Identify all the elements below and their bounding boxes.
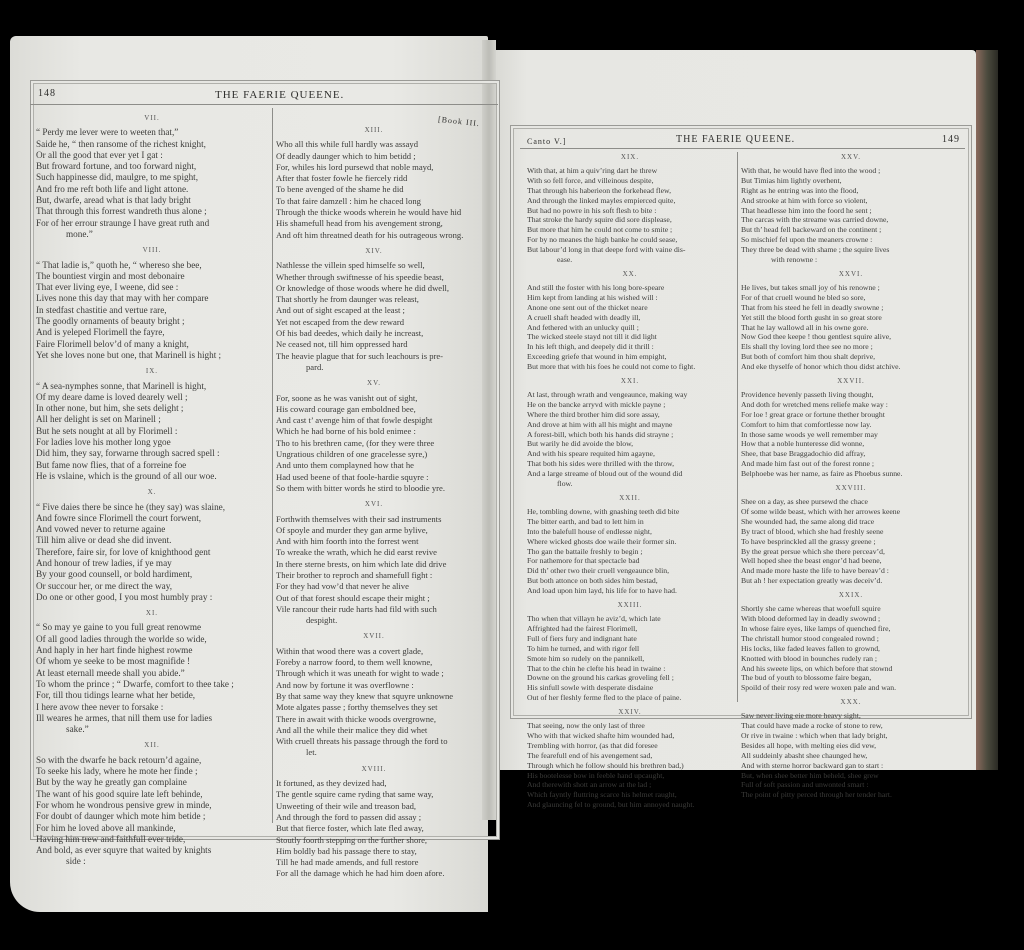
verse-line: Where wicked ghosts doe waile their form… <box>527 537 733 547</box>
verse-line: Affrighted had the fairest Florimell, <box>527 624 733 634</box>
verse-line: To whom the prince ; “ Dwarfe, comfort t… <box>36 679 268 690</box>
verse-line: And load upon him layd, his life for to … <box>527 586 733 596</box>
verse-line: And made more haste the life to have ber… <box>741 566 961 576</box>
stanza: XXIII.Tho when that villayn he aviz’d, w… <box>527 601 733 703</box>
verse-line: Till he had made amends, and full restor… <box>276 857 472 868</box>
verse-line: “ That ladie is,” quoth he, “ whereso sh… <box>36 260 268 271</box>
stanza-number: IX. <box>36 366 268 377</box>
verse-line: Or knowledge of those woods where he did… <box>276 283 472 294</box>
verse-line: The point of pitty perced through her te… <box>741 790 961 800</box>
stanza-number: VII. <box>36 113 268 124</box>
verse-line: Unweeting of their wile and treason bad, <box>276 801 472 812</box>
verse-line: That stroke the hardy squire did sore di… <box>527 215 733 225</box>
verse-line: The christall humor stood congealed rown… <box>741 634 961 644</box>
stanza: XXI.At last, through wrath and vengeaunc… <box>527 377 733 489</box>
verse-line: But warily he did avoide the blow, <box>527 439 733 449</box>
verse-line: Tho when that villayn he aviz’d, which l… <box>527 614 733 624</box>
verse-line: And unto them complayned how that he <box>276 460 472 471</box>
verse-line: Forthwith themselves with their sad inst… <box>276 514 472 525</box>
verse-line: So them with bitter words he stird to bl… <box>276 483 472 494</box>
verse-line: With so fell force, and villeinous despi… <box>527 176 733 186</box>
verse-line: His shamefull head from his avengement s… <box>276 218 472 229</box>
verse-line: Out of that forest should escape their m… <box>276 593 472 604</box>
verse-line: And fowre since Florimell the court forw… <box>36 513 268 524</box>
verse-line: And out of sight escaped at the least ; <box>276 305 472 316</box>
verse-line: Saw never living eie more heavy sight, <box>741 711 961 721</box>
verse-line: And vowed never to returne againe <box>36 524 268 535</box>
verse-line: Lives none this day that may with her co… <box>36 293 268 304</box>
left-page-column-1: VII.“ Perdy me lever were to weeten that… <box>36 108 268 868</box>
verse-line: For all the damage which he had him doen… <box>276 868 472 879</box>
stanza-number: XXI. <box>527 377 733 387</box>
verse-line: with renowne : <box>741 255 961 265</box>
verse-line: Besides all hope, with melting eies did … <box>741 741 961 751</box>
verse-line: Exceeding griefe that wound in him empig… <box>527 352 733 362</box>
verse-line: For whom he wondrous pensive grew in min… <box>36 800 268 811</box>
stanza: XXX.Saw never living eie more heavy sigh… <box>741 698 961 800</box>
verse-line: Providence hevenly passeth living though… <box>741 390 961 400</box>
verse-line: Yet she loves none but one, that Marinel… <box>36 350 268 361</box>
stanza: VIII.“ That ladie is,” quoth he, “ where… <box>36 245 268 361</box>
verse-line: Ungratious children of one gracelesse sy… <box>276 449 472 460</box>
verse-line: In his left thigh, and deepely did it th… <box>527 342 733 352</box>
verse-line: Comfort to him that comfortlesse now lay… <box>741 420 961 430</box>
stanza: XXII.He, tombling downe, with gnashing t… <box>527 494 733 596</box>
verse-line: She wounded had, the same along did trac… <box>741 517 961 527</box>
verse-line: Having him trew and faithfull ever tride… <box>36 834 268 845</box>
verse-line: The bitter earth, and bad to lett him in <box>527 517 733 527</box>
stanza: XIX.With that, at him a quiv’ring dart h… <box>527 153 733 265</box>
left-page-number: 148 <box>38 88 56 99</box>
book-cover-edge <box>976 50 998 770</box>
verse-line: All suddeinly abasht shee chaunged hew, <box>741 751 961 761</box>
verse-line: But that fierce foster, which late fled … <box>276 823 472 834</box>
verse-line: That ever living eye, I weene, did see : <box>36 282 268 293</box>
stanza: XXVII.Providence hevenly passeth living … <box>741 377 961 479</box>
verse-line: Els shall thy loving lord thee see no mo… <box>741 342 961 352</box>
verse-line: Shortly she came whereas that woefull sq… <box>741 604 961 614</box>
verse-line: Within that wood there was a covert glad… <box>276 646 472 657</box>
verse-line: Who with that wicked shafte him wounded … <box>527 731 733 741</box>
verse-line: And oft him threatned death for his outr… <box>276 230 472 241</box>
verse-line: His bootelesse bow in feeble hand upcaug… <box>527 771 733 781</box>
verse-line: And all the while their malice they did … <box>276 725 472 736</box>
verse-line: flow. <box>527 479 733 489</box>
verse-line: Or all the good that ever yet I gat : <box>36 150 268 161</box>
verse-line: The gentle squire came ryding that same … <box>276 789 472 800</box>
verse-line: despight. <box>276 615 472 626</box>
verse-line: But both of comfort him thou shalt depri… <box>741 352 961 362</box>
verse-line: And with him foorth into the forrest wen… <box>276 536 472 547</box>
verse-line: But, dwarfe, aread what is that lady bri… <box>36 195 268 206</box>
left-running-title: THE FAERIE QUEENE. <box>215 89 344 101</box>
stanza-number: XVI. <box>276 499 472 510</box>
verse-line: Of spoyle and murder they gan arme byliv… <box>276 525 472 536</box>
verse-line: And cast t’ avenge him of that fowle des… <box>276 415 472 426</box>
verse-line: In other none, but him, she sets delight… <box>36 403 268 414</box>
stanza-number: XXV. <box>741 153 961 163</box>
verse-line: But ah ! her expectation greatly was dec… <box>741 576 961 586</box>
stanza-number: XII. <box>36 740 268 751</box>
right-page-column-1: XIX.With that, at him a quiv’ring dart h… <box>527 148 733 810</box>
verse-line: That headlesse him into the foord he sen… <box>741 206 961 216</box>
verse-line: A cruell shaft headed with deadly ill, <box>527 313 733 323</box>
verse-line: let. <box>276 747 472 758</box>
left-page-column-2: XIII.Who all this while full hardly was … <box>276 120 472 880</box>
verse-line: Or succour her, or me direct the way, <box>36 581 268 592</box>
verse-line: Downe on the ground his carkas groveling… <box>527 673 733 683</box>
verse-line: That both his sides were thrilled with t… <box>527 459 733 469</box>
verse-line: But he sets nought at all by Florimell : <box>36 426 268 437</box>
verse-line: With that, at him a quiv’ring dart he th… <box>527 166 733 176</box>
right-page-column-2: XXV.With that, he would have fled into t… <box>741 148 961 800</box>
verse-line: Anone one sent out of the thicket neare <box>527 303 733 313</box>
verse-line: Him kept from landing at his wished will… <box>527 293 733 303</box>
verse-line: To that faire damzell : him he chaced lo… <box>276 196 472 207</box>
verse-line: Such happinesse did, maulgre, to me spig… <box>36 172 268 183</box>
verse-line: Of whom ye seeke to be most magnifide ! <box>36 656 268 667</box>
verse-line: For him he loved above all mankinde, <box>36 823 268 834</box>
verse-line: Had used beene of that foole-hardie squy… <box>276 472 472 483</box>
verse-line: And bold, as ever squyre that waited by … <box>36 845 268 856</box>
stanza-number: XI. <box>36 608 268 619</box>
verse-line: pard. <box>276 362 472 373</box>
verse-line: To seeke his lady, where he mote her fin… <box>36 766 268 777</box>
verse-line: And a large streame of bloud out of the … <box>527 469 733 479</box>
stanza-number: XXVIII. <box>741 484 961 494</box>
verse-line: Him boldly bad his passage there to stay… <box>276 846 472 857</box>
verse-line: Belphoebe was her name, as faire as Phoe… <box>741 469 961 479</box>
verse-line: But fame now flies, that of a forreine f… <box>36 460 268 471</box>
verse-line: Do one or other good, I you most humbly … <box>36 592 268 603</box>
verse-line: To bene avenged of the shame he did <box>276 184 472 195</box>
verse-line: Till him alive or dead she did invent. <box>36 535 268 546</box>
verse-line: Full of fiers fury and indignant hate <box>527 634 733 644</box>
stanza-number: XXIII. <box>527 601 733 611</box>
verse-line: side : <box>36 856 268 867</box>
verse-line: For of that cruell wound he bled so sore… <box>741 293 961 303</box>
verse-line: The wicked steele stayd not till it did … <box>527 332 733 342</box>
verse-line: And his sweete lips, on which before tha… <box>741 664 961 674</box>
verse-line: I here avow thee never to forsake : <box>36 702 268 713</box>
verse-line: Where the third brother him did sore ass… <box>527 410 733 420</box>
verse-line: Yet still the blood forth gusht in so gr… <box>741 313 961 323</box>
verse-line: Therefore, faire sir, for love of knight… <box>36 547 268 558</box>
stanza-number: XXIV. <box>527 708 733 718</box>
verse-line: Their brother to reproch and shamefull f… <box>276 570 472 581</box>
verse-line: With blood deformed lay in deadly swownd… <box>741 614 961 624</box>
verse-line: In there sterne brests, on him which lat… <box>276 559 472 570</box>
verse-line: In those same woods ye well remember may <box>741 430 961 440</box>
stanza-number: XIV. <box>276 246 472 257</box>
verse-line: The bud of youth to blossome faire began… <box>741 673 961 683</box>
verse-line: But Timias him lightly overhent, <box>741 176 961 186</box>
verse-line: Foreby a narrow foord, to them well know… <box>276 657 472 668</box>
verse-line: Saide he, “ then ransome of the richest … <box>36 139 268 150</box>
stanza-number: XXII. <box>527 494 733 504</box>
verse-line: And through the linked mayles empierced … <box>527 196 733 206</box>
verse-line: The goodly ornaments of beauty bright ; <box>36 316 268 327</box>
verse-line: In whose faire eyes, like lamps of quenc… <box>741 624 961 634</box>
verse-line: “ So may ye gaine to you full great reno… <box>36 622 268 633</box>
verse-line: Shee, that base Braggadochio did affray, <box>741 449 961 459</box>
stanza: XX.And still the foster with his long bo… <box>527 270 733 372</box>
verse-line: That from his steed he fell in deadly sw… <box>741 303 961 313</box>
verse-line: Now God thee keepe ! thou gentlest squir… <box>741 332 961 342</box>
verse-line: A forest-bill, which both his hands did … <box>527 430 733 440</box>
verse-line: The carcas with the streame was carried … <box>741 215 961 225</box>
verse-line: Yet not escaped from the dew reward <box>276 317 472 328</box>
verse-line: “ Perdy me lever were to weeten that,” <box>36 127 268 138</box>
verse-line: Which fayntly fluttring scarce his helme… <box>527 790 733 800</box>
stanza-number: XXVI. <box>741 270 961 280</box>
verse-line: His sinfull sowle with desperate disdain… <box>527 683 733 693</box>
verse-line: And fethered with an unlucky quill ; <box>527 323 733 333</box>
verse-line: And fro me reft both life and light atto… <box>36 184 268 195</box>
verse-line: For loe ! great grace or fortune thether… <box>741 410 961 420</box>
verse-line: By tract of blood, which she had freshly… <box>741 527 961 537</box>
verse-line: For by no meanes the high banke he could… <box>527 235 733 245</box>
stanza-number: XVIII. <box>276 764 472 775</box>
stanza: XIV.Nathlesse the villein sped himselfe … <box>276 246 472 373</box>
stanza: XXV.With that, he would have fled into t… <box>741 153 961 265</box>
verse-line: With that, he would have fled into the w… <box>741 166 961 176</box>
verse-line: He on the bancke arryvd with mickle payn… <box>527 400 733 410</box>
stanza-number: VIII. <box>36 245 268 256</box>
verse-line: Tho to his brethren came, (for they were… <box>276 438 472 449</box>
verse-line: But more that with his foes he could not… <box>527 362 733 372</box>
verse-line: So with the dwarfe he back retourn’d aga… <box>36 755 268 766</box>
verse-line: And through the ford to passen did assay… <box>276 812 472 823</box>
stanza: XXVIII.Shee on a day, as shee pursewd th… <box>741 484 961 586</box>
verse-line: Ill weares he armes, that nill them use … <box>36 713 268 724</box>
verse-line: But th’ head fell backeward on the conti… <box>741 225 961 235</box>
verse-line: That to the chin he clefte his head in t… <box>527 664 733 674</box>
stanza-number: XXX. <box>741 698 961 708</box>
verse-line: And honour of trew ladies, if ye may <box>36 558 268 569</box>
stanza-number: XXIX. <box>741 591 961 601</box>
verse-line: That he lay wallowd all in his owne gore… <box>741 323 961 333</box>
verse-line: Whether through swiftnesse of his speedi… <box>276 272 472 283</box>
verse-line: For, whiles his lord pursewd that noble … <box>276 162 472 173</box>
stanza: IX.“ A sea-nymphes sonne, that Marinell … <box>36 366 268 482</box>
verse-line: And with sterne horror backward gan to s… <box>741 761 961 771</box>
verse-line: He is vslaine, which is the ground of al… <box>36 471 268 482</box>
verse-line: How that a noble hunteresse did wonne, <box>741 439 961 449</box>
stanza-number: XV. <box>276 378 472 389</box>
verse-line: But had no powre in his soft flesh to bi… <box>527 206 733 216</box>
verse-line: Nathlesse the villein sped himselfe so w… <box>276 260 472 271</box>
verse-line: But, when shee better him beheld, shee g… <box>741 771 961 781</box>
verse-line: Of my deare dame is loved dearely well ; <box>36 392 268 403</box>
verse-line: Of his bad deedes, which daily he increa… <box>276 328 472 339</box>
stanza: XVIII.It fortuned, as they devized had,T… <box>276 764 472 880</box>
verse-line: For ladies love his mother long ygoe <box>36 437 268 448</box>
stanza: XXVI.He lives, but takes small joy of hi… <box>741 270 961 372</box>
verse-line: Through which it was uneath for wight to… <box>276 668 472 679</box>
verse-line: His coward courage gan emboldned bee, <box>276 404 472 415</box>
verse-line: Right as he entring was into the flood, <box>741 186 961 196</box>
verse-line: Through the thicke woods wherein he woul… <box>276 207 472 218</box>
verse-line: Which he had borne of his bold enimee : <box>276 426 472 437</box>
verse-line: And made him fast out of the forest ronn… <box>741 459 961 469</box>
verse-line: In stedfast chastitie and vertue rare, <box>36 305 268 316</box>
stanza-number: XX. <box>527 270 733 280</box>
verse-line: And is yeleped Florimell the fayre, <box>36 327 268 338</box>
verse-line: At least eternall meede shall you abide.… <box>36 668 268 679</box>
verse-line: For, soone as he was vanisht out of sigh… <box>276 393 472 404</box>
stanza: XV.For, soone as he was vanisht out of s… <box>276 378 472 494</box>
verse-line: Full of soft passion and unwonted smart … <box>741 780 961 790</box>
verse-line: But by the way he greatly gan complaine <box>36 777 268 788</box>
verse-line: And with his speare requited him agayne, <box>527 449 733 459</box>
verse-line: Did him, they say, forwarne through sacr… <box>36 448 268 459</box>
verse-line: That through his haberieon the forkehead… <box>527 186 733 196</box>
stanza: XVI.Forthwith themselves with their sad … <box>276 499 472 626</box>
stanza: XVII.Within that wood there was a covert… <box>276 631 472 758</box>
verse-line: Ne ceased not, till him oppressed hard <box>276 339 472 350</box>
verse-line: And drove at him with all his might and … <box>527 420 733 430</box>
verse-line: Shee on a day, as shee pursewd the chace <box>741 497 961 507</box>
verse-line: Did th’ other two their cruell vengeaunc… <box>527 566 733 576</box>
verse-line: That through this forrest wandreth thus … <box>36 206 268 217</box>
verse-line: That could have made a rocke of stone to… <box>741 721 961 731</box>
verse-line: By the great persue which she there perc… <box>741 547 961 557</box>
verse-line: For of her errour straunge I have great … <box>36 218 268 229</box>
verse-line: To him he turned, and with rigor fell <box>527 644 733 654</box>
right-running-title: THE FAERIE QUEENE. <box>676 134 795 145</box>
verse-line: And eke thyselfe of honor which thou did… <box>741 362 961 372</box>
stanza: XIII.Who all this while full hardly was … <box>276 125 472 241</box>
verse-line: And haply in her hart finde highest rowm… <box>36 645 268 656</box>
verse-line: At last, through wrath and vengeaunce, m… <box>527 390 733 400</box>
right-column-divider <box>737 152 738 702</box>
verse-line: Faire Florimell belov’d of many a knight… <box>36 339 268 350</box>
verse-line: Well hoped shee the beast engor’d had be… <box>741 556 961 566</box>
stanza: XI.“ So may ye gaine to you full great r… <box>36 608 268 735</box>
verse-line: He, tombling downe, with gnashing teeth … <box>527 507 733 517</box>
verse-line: So mischief fel upon the meaners crowne … <box>741 235 961 245</box>
verse-line: mone.” <box>36 229 268 240</box>
verse-line: But both attonce on both sides him besta… <box>527 576 733 586</box>
verse-line: Into the balefull house of endlesse nigh… <box>527 527 733 537</box>
verse-line: By that same way they knew that squyre u… <box>276 691 472 702</box>
verse-line: To wreake the wrath, which he did earst … <box>276 547 472 558</box>
verse-line: But froward fortune, and too forward nig… <box>36 161 268 172</box>
verse-line: Of all good ladies through the worlde so… <box>36 634 268 645</box>
verse-line: That shortly he from daunger was releast… <box>276 294 472 305</box>
stanza: XII.So with the dwarfe he back retourn’d… <box>36 740 268 867</box>
verse-line: Vile rancour their rude harts had fild w… <box>276 604 472 615</box>
verse-line: sake.” <box>36 724 268 735</box>
verse-line: They three be dead with shame ; the squi… <box>741 245 961 255</box>
verse-line: Trembling with horror, (as that did fore… <box>527 741 733 751</box>
verse-line: The bountiest virgin and most debonaire <box>36 271 268 282</box>
verse-line: Spoild of their rosy red were woxen pale… <box>741 683 961 693</box>
verse-line: Through which he follow should his breth… <box>527 761 733 771</box>
verse-line: Stoutly foorth stepping on the further s… <box>276 835 472 846</box>
stanza-number: XIII. <box>276 125 472 136</box>
verse-line: “ A sea-nymphes sonne, that Marinell is … <box>36 381 268 392</box>
verse-line: He lives, but takes small joy of his ren… <box>741 283 961 293</box>
stanza: XXIV.That seeing, now the only last of t… <box>527 708 733 810</box>
verse-line: Tho gan the battaile freshly to begin ; <box>527 547 733 557</box>
verse-line: And glauncing fel to ground, but him ann… <box>527 800 733 810</box>
verse-line: That seeing, now the only last of three <box>527 721 733 731</box>
stanza-number: XVII. <box>276 631 472 642</box>
verse-line: Out of her fleshly ferme fled to the pla… <box>527 693 733 703</box>
stanza-number: XXVII. <box>741 377 961 387</box>
stanza: VII.“ Perdy me lever were to weeten that… <box>36 113 268 240</box>
verse-line: For, till thou tidings learne what her b… <box>36 690 268 701</box>
verse-line: And now by fortune it was overflowne : <box>276 680 472 691</box>
verse-line: And strooke at him with force so violent… <box>741 196 961 206</box>
verse-line: By your good counsell, or bold hardiment… <box>36 569 268 580</box>
verse-line: The heavie plague that for such leachour… <box>276 351 472 362</box>
verse-line: To have besprinckled all the grassy gree… <box>741 537 961 547</box>
verse-line: Who all this while full hardly was assay… <box>276 139 472 150</box>
verse-line: “ Five daies there be since he (they say… <box>36 502 268 513</box>
verse-line: Knotted with blood in bounches rudely ra… <box>741 654 961 664</box>
verse-line: Mote algates passe ; forthy themselves t… <box>276 702 472 713</box>
left-header-rule <box>30 104 498 105</box>
verse-line: The want of his good squire late left be… <box>36 789 268 800</box>
stanza-number: XIX. <box>527 153 733 163</box>
left-column-divider <box>272 108 273 823</box>
verse-line: After that foster fowle he fiercely ridd <box>276 173 472 184</box>
verse-line: His locks, like faded leaves fallen to g… <box>741 644 961 654</box>
verse-line: Or rive in twaine : which when that lady… <box>741 731 961 741</box>
verse-line: Smote him so rudely on the pannikell, <box>527 654 733 664</box>
verse-line: For nathemore for that spectacle bad <box>527 556 733 566</box>
verse-line: For doubt of daunger which mote him beti… <box>36 811 268 822</box>
verse-line: Of some wilde beast, which with her arro… <box>741 507 961 517</box>
verse-line: For they had vow’d that never he alive <box>276 581 472 592</box>
verse-line: The fearefull end of his avengement sad, <box>527 751 733 761</box>
verse-line: ease. <box>527 255 733 265</box>
verse-line: But more that him he could not come to s… <box>527 225 733 235</box>
verse-line: And still the foster with his long bore-… <box>527 283 733 293</box>
verse-line: It fortuned, as they devized had, <box>276 778 472 789</box>
verse-line: And doth for wretched mens reliefe make … <box>741 400 961 410</box>
verse-line: There in await with thicke woods overgro… <box>276 714 472 725</box>
stanza: X.“ Five daies there be since he (they s… <box>36 487 268 603</box>
stanza: XXIX.Shortly she came whereas that woefu… <box>741 591 961 693</box>
canto-marker: Canto V.] <box>527 137 566 146</box>
verse-line: All her delight is set on Marinell ; <box>36 414 268 425</box>
right-page-number: 149 <box>942 134 960 145</box>
verse-line: But labour’d long in that deepe ford wit… <box>527 245 733 255</box>
verse-line: With cruell threats his passage through … <box>276 736 472 747</box>
stanza-number: X. <box>36 487 268 498</box>
verse-line: And therewith shott an arrow at the lad … <box>527 780 733 790</box>
verse-line: Of deadly daunger which to him betidd ; <box>276 151 472 162</box>
